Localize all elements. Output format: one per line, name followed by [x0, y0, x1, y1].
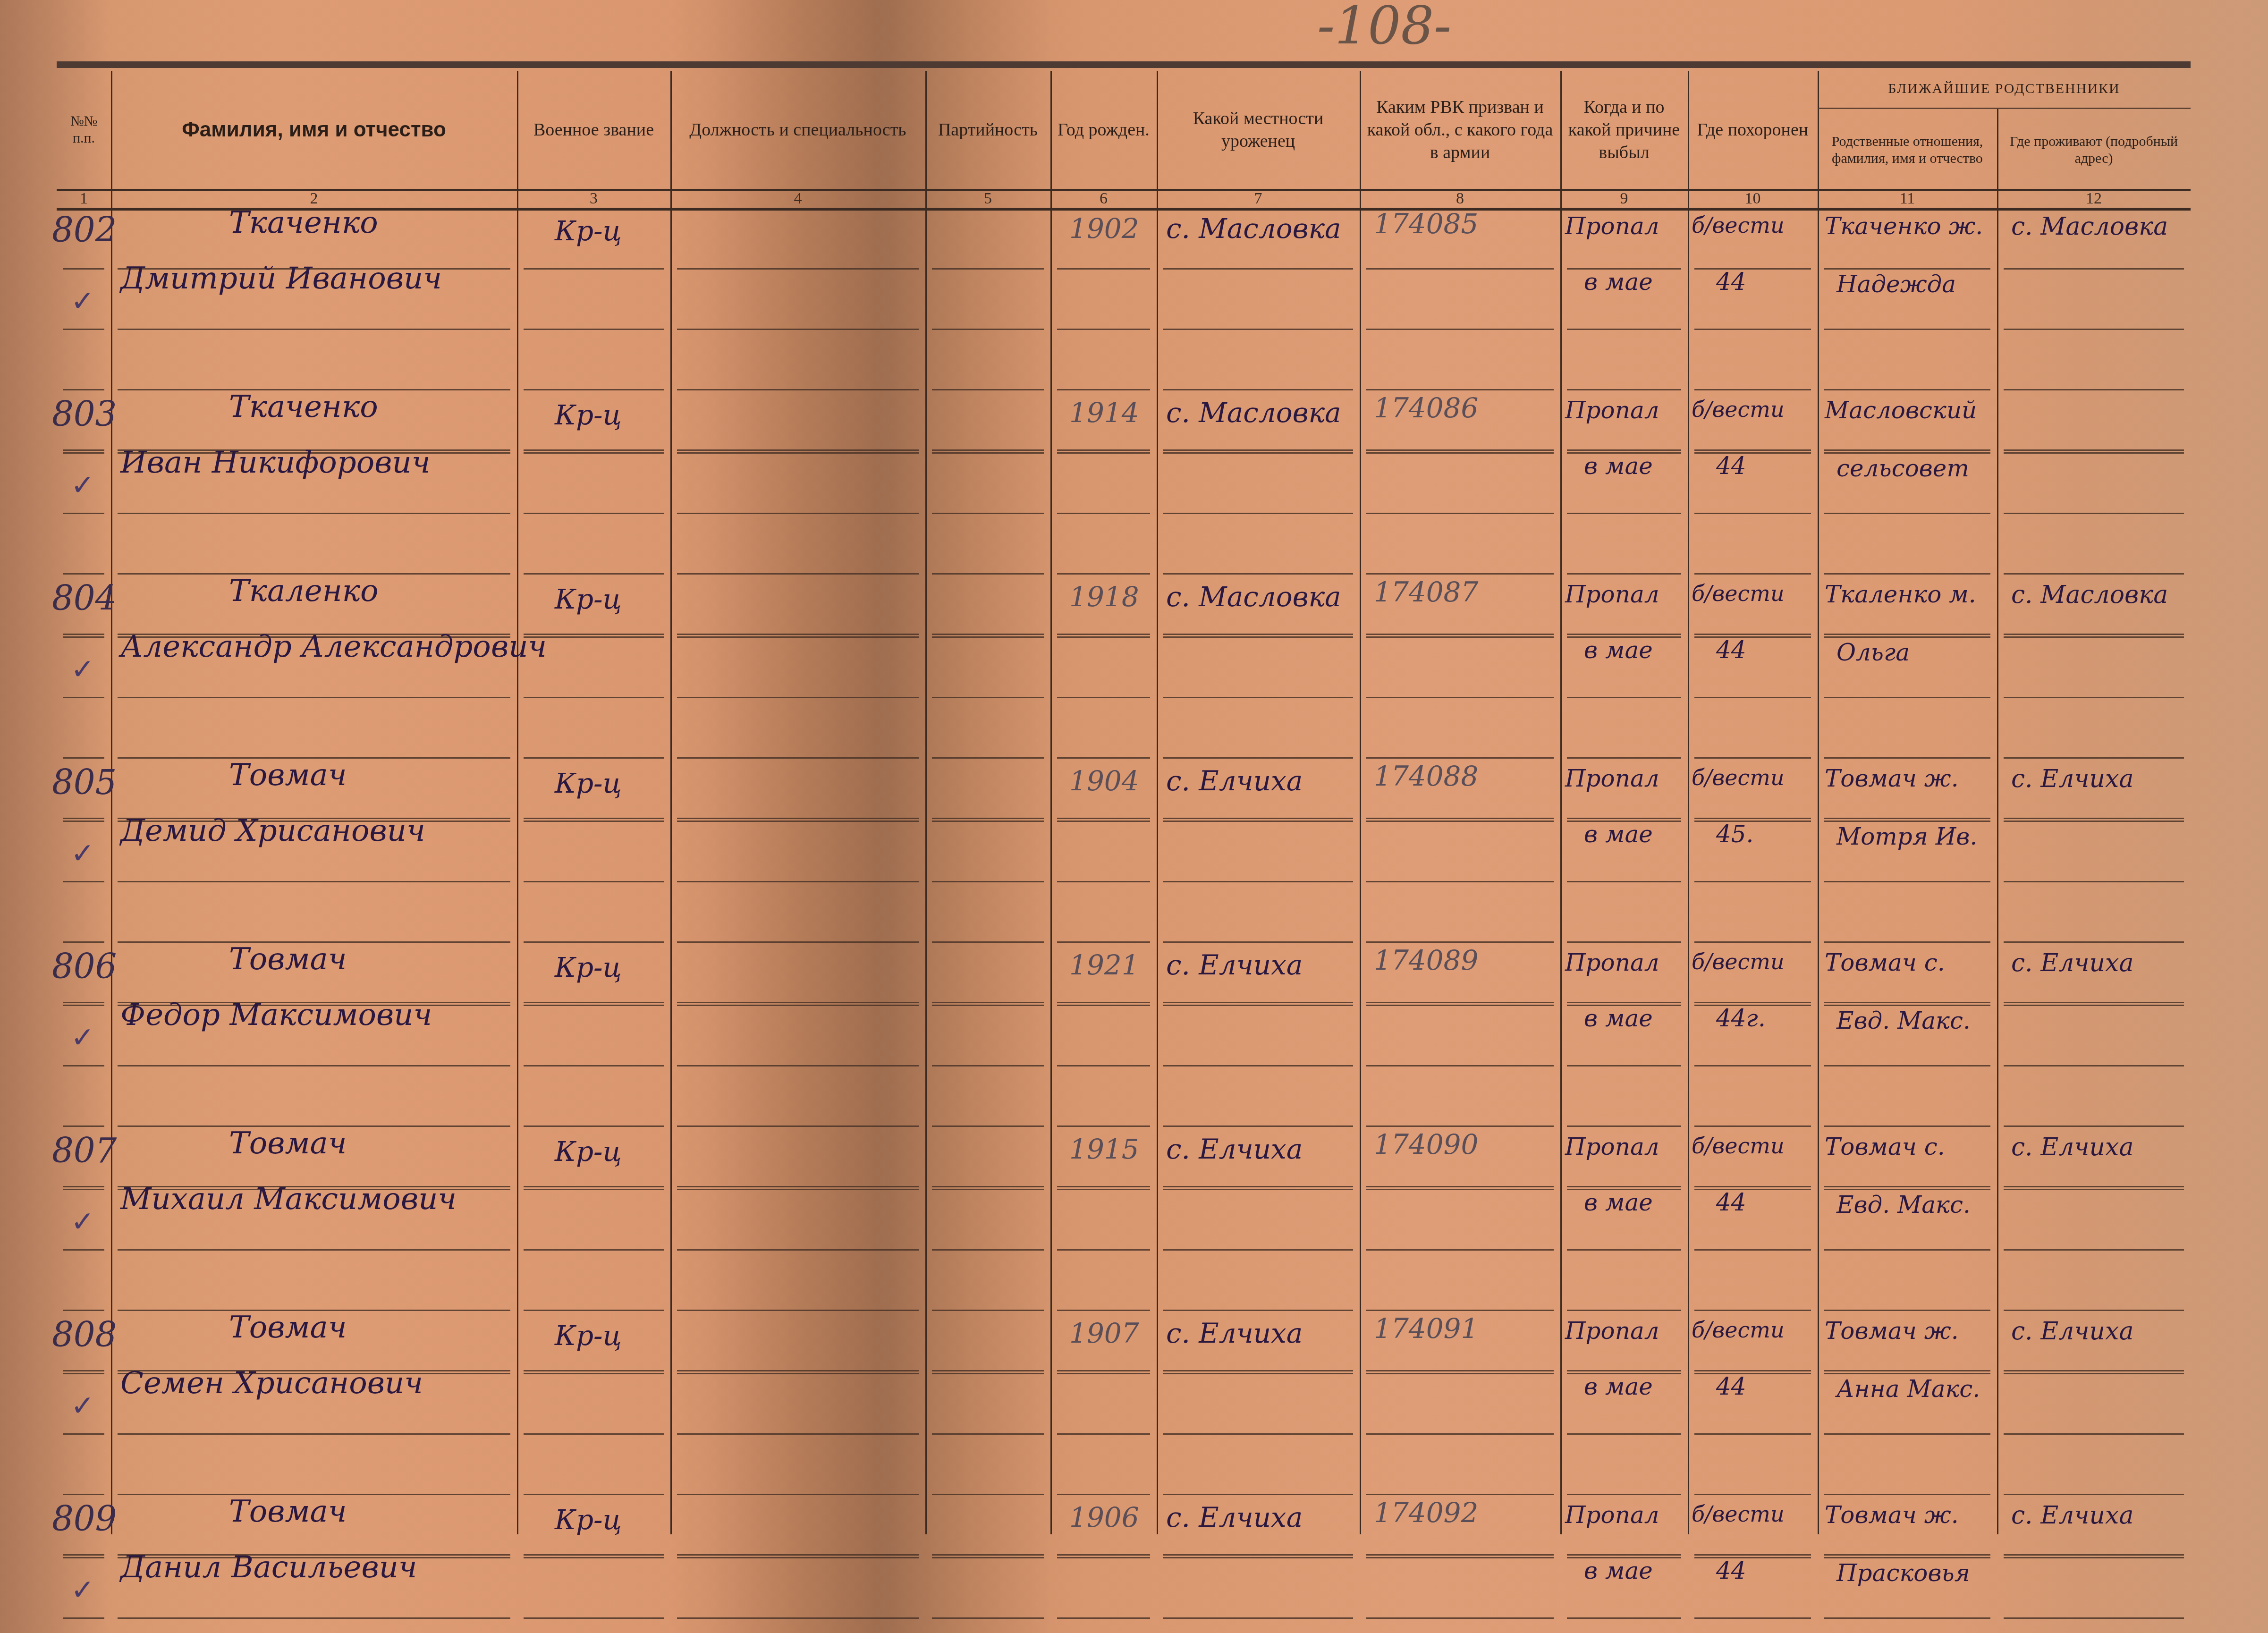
ruled-line — [63, 329, 104, 330]
ruled-line — [1366, 268, 1554, 270]
ruled-line — [63, 1189, 104, 1190]
ruled-line — [1366, 697, 1554, 698]
ruled-line — [1366, 818, 1554, 819]
ruled-line — [1163, 452, 1353, 454]
ruled-line — [1824, 1373, 1990, 1374]
rvk-number: 174085 — [1374, 208, 1478, 240]
ruled-line — [1824, 818, 1990, 819]
disappearance-status: Пропал — [1565, 1501, 1659, 1529]
ruled-line — [1163, 1005, 1353, 1006]
ruled-line — [2004, 1310, 2184, 1311]
column-divider — [1360, 71, 1361, 1534]
burial-status: б/вести — [1692, 1501, 1785, 1527]
ruled-line — [1163, 513, 1353, 514]
ruled-line — [1824, 1370, 1990, 1371]
ruled-line — [524, 573, 664, 575]
relative-address: с. Елчиха — [2011, 1501, 2133, 1530]
ruled-line — [118, 1433, 510, 1435]
ruled-line — [1163, 1065, 1353, 1066]
ruled-line — [1057, 449, 1150, 451]
burial-year: 44 — [1716, 452, 1746, 480]
ruled-line — [1366, 1065, 1554, 1066]
given-name-patronymic: Александр Александрович — [120, 629, 547, 664]
ruled-line — [677, 1373, 919, 1374]
ruled-line — [1057, 1186, 1150, 1187]
ruled-line — [677, 941, 919, 943]
ruled-line — [1824, 941, 1990, 943]
burial-year: 44 — [1716, 1557, 1746, 1584]
ruled-line — [677, 1002, 919, 1003]
ruled-line — [118, 1249, 510, 1251]
ruled-line — [524, 329, 664, 330]
given-name-patronymic: Демид Хрисанович — [120, 813, 425, 848]
ruled-line — [1824, 1065, 1990, 1066]
column-header-12: Где проживают (подробный адрес) — [2000, 111, 2188, 189]
ruled-line — [118, 881, 510, 882]
ruled-line — [63, 513, 104, 514]
military-rank: Кр-ц — [555, 767, 622, 799]
surname: Товмач — [229, 1310, 347, 1345]
column-divider — [1997, 109, 1998, 1534]
ruled-line — [932, 1186, 1044, 1187]
ruled-line — [932, 1249, 1044, 1251]
ruled-line — [1366, 1002, 1554, 1003]
ruled-line — [63, 1065, 104, 1066]
ruled-line — [1057, 757, 1150, 759]
ruled-line — [1567, 697, 1681, 698]
ruled-line — [2004, 513, 2184, 514]
ruled-line — [1694, 329, 1811, 330]
ruled-line — [1824, 389, 1990, 390]
ruled-line — [1366, 757, 1554, 759]
ruled-line — [2004, 881, 2184, 882]
ruled-line — [1366, 1189, 1554, 1190]
surname: Товмач — [229, 1126, 347, 1161]
ruled-line — [524, 1249, 664, 1251]
relative-first-name: Надежда — [1836, 271, 1956, 298]
column-number: 8 — [1360, 190, 1560, 208]
ruled-line — [1694, 1554, 1811, 1556]
ruled-line — [1824, 1249, 1990, 1251]
ruled-line — [1163, 1617, 1353, 1619]
rvk-number: 174089 — [1374, 944, 1478, 976]
relative-first-name: Евд. Макс. — [1836, 1007, 1971, 1034]
ruled-line — [524, 1557, 664, 1558]
disappearance-status: Пропал — [1565, 212, 1659, 240]
ruled-line — [63, 636, 104, 638]
ruled-line — [1057, 513, 1150, 514]
ruled-line — [2004, 941, 2184, 943]
ruled-line — [2004, 818, 2184, 819]
ruled-line — [1824, 1310, 1990, 1311]
ruled-line — [524, 1186, 664, 1187]
ruled-line — [1694, 634, 1811, 635]
ruled-line — [2004, 389, 2184, 390]
ruled-line — [1366, 329, 1554, 330]
ruled-line — [63, 821, 104, 822]
ruled-line — [1057, 1554, 1150, 1556]
ruled-line — [932, 1554, 1044, 1556]
military-rank: Кр-ц — [555, 399, 622, 431]
ruled-line — [1163, 1557, 1353, 1558]
ruled-line — [1694, 1002, 1811, 1003]
entry-number: 804 — [52, 578, 117, 618]
ruled-line — [1057, 1189, 1150, 1190]
ruled-line — [1057, 1370, 1150, 1371]
ruled-line — [932, 818, 1044, 819]
ruled-line — [1694, 1370, 1811, 1371]
ruled-line — [1163, 1373, 1353, 1374]
ruled-line — [677, 1005, 919, 1006]
relative-first-name: Анна Макс. — [1836, 1375, 1980, 1403]
birth-year: 1906 — [1069, 1501, 1139, 1533]
ruled-line — [1163, 1370, 1353, 1371]
given-name-patronymic: Федор Максимович — [120, 998, 432, 1032]
ruled-line — [1694, 452, 1811, 454]
ruled-line — [1366, 821, 1554, 822]
column-divider — [517, 71, 518, 1534]
column-header-9: Когда и по какой причине выбыл — [1563, 71, 1685, 189]
ruled-line — [118, 329, 510, 330]
ruled-line — [63, 389, 104, 390]
disappearance-status: Пропал — [1565, 949, 1659, 976]
ruled-line — [1057, 268, 1150, 270]
ruled-line — [932, 513, 1044, 514]
ruled-line — [1694, 449, 1811, 451]
ruled-line — [524, 1494, 664, 1495]
given-name-patronymic: Дмитрий Иванович — [120, 261, 442, 296]
ruled-line — [63, 1433, 104, 1435]
ruled-line — [1567, 634, 1681, 635]
relatives-group-header: БЛИЖАЙШИЕ РОДСТВЕННИКИ — [1818, 71, 2191, 106]
ruled-line — [932, 941, 1044, 943]
ruled-line — [1567, 941, 1681, 943]
ruled-line — [63, 1617, 104, 1619]
ruled-line — [1824, 1125, 1990, 1127]
ruled-line — [524, 821, 664, 822]
ruled-line — [1366, 881, 1554, 882]
military-rank: Кр-ц — [555, 215, 622, 247]
ruled-line — [2004, 1370, 2184, 1371]
ruled-line — [118, 513, 510, 514]
relative-name: Товмач с. — [1825, 1133, 1945, 1160]
ruled-line — [524, 1002, 664, 1003]
ruled-line — [932, 1370, 1044, 1371]
ruled-line — [1567, 1065, 1681, 1066]
ruled-line — [1366, 1370, 1554, 1371]
ruled-line — [1366, 1557, 1554, 1558]
check-mark: ✓ — [71, 1574, 94, 1607]
ruled-line — [1057, 818, 1150, 819]
ruled-line — [524, 1310, 664, 1311]
ruled-line — [1694, 697, 1811, 698]
ruled-line — [1057, 697, 1150, 698]
ruled-line — [63, 449, 104, 451]
ruled-line — [1163, 449, 1353, 451]
ruled-line — [1163, 634, 1353, 635]
column-header-7: Какой местности уроженец — [1159, 71, 1357, 189]
ruled-line — [1163, 1494, 1353, 1495]
ruled-line — [1366, 1310, 1554, 1311]
ruled-line — [1824, 881, 1990, 882]
given-name-patronymic: Михаил Максимович — [120, 1182, 457, 1217]
ruled-line — [677, 449, 919, 451]
ruled-line — [932, 1002, 1044, 1003]
ruled-line — [1824, 1433, 1990, 1435]
disappearance-month: в мае — [1584, 1189, 1653, 1216]
ruled-line — [2004, 1249, 2184, 1251]
ruled-line — [1824, 1557, 1990, 1558]
ruled-line — [677, 821, 919, 822]
ruled-line — [2004, 1617, 2184, 1619]
ruled-line — [1163, 757, 1353, 759]
burial-year: 44 — [1716, 1373, 1746, 1400]
ruled-line — [1057, 1125, 1150, 1127]
disappearance-month: в мае — [1584, 1373, 1653, 1400]
ruled-line — [524, 1433, 664, 1435]
ruled-line — [1366, 636, 1554, 638]
ruled-line — [1824, 329, 1990, 330]
birthplace: с. Масловка — [1166, 581, 1341, 613]
column-divider — [670, 71, 672, 1534]
column-divider — [1050, 71, 1052, 1534]
column-header-6: Год рожден. — [1053, 71, 1154, 189]
birthplace: с. Масловка — [1166, 212, 1341, 245]
ruled-line — [1694, 268, 1811, 270]
ruled-line — [677, 1617, 919, 1619]
ruled-line — [1366, 1617, 1554, 1619]
ruled-line — [1567, 1617, 1681, 1619]
relative-name: Ткаченко ж. — [1825, 212, 1983, 240]
relative-first-name: Ольга — [1836, 639, 1910, 666]
ruled-line — [1366, 1433, 1554, 1435]
ruled-line — [932, 329, 1044, 330]
ruled-line — [63, 818, 104, 819]
ruled-line — [1366, 1249, 1554, 1251]
birthplace: с. Масловка — [1166, 397, 1341, 429]
ruled-line — [932, 821, 1044, 822]
ruled-line — [1694, 1494, 1811, 1495]
column-number: 11 — [1818, 190, 1997, 208]
ruled-line — [63, 1125, 104, 1127]
burial-status: б/вести — [1692, 397, 1785, 422]
relative-name: Товмач ж. — [1825, 1501, 1959, 1529]
ruled-line — [1057, 1065, 1150, 1066]
entry-number: 808 — [52, 1315, 117, 1354]
birth-year: 1915 — [1069, 1133, 1139, 1165]
check-mark: ✓ — [71, 469, 94, 502]
ruled-line — [1567, 1249, 1681, 1251]
given-name-patronymic: Семен Хрисанович — [120, 1366, 423, 1401]
ruled-line — [1366, 449, 1554, 451]
column-header-2: Фамилия, имя и отчество — [114, 71, 514, 189]
rvk-number: 174090 — [1374, 1128, 1478, 1160]
ruled-line — [1366, 941, 1554, 943]
column-number: 6 — [1050, 190, 1157, 208]
column-divider — [1560, 71, 1562, 1534]
column-divider — [925, 71, 927, 1534]
column-divider — [1688, 71, 1689, 1534]
ruled-line — [2004, 1005, 2184, 1006]
ruled-line — [1694, 1249, 1811, 1251]
relative-name: Товмач ж. — [1825, 1317, 1959, 1345]
column-number: 5 — [925, 190, 1050, 208]
ruled-line — [63, 268, 104, 270]
ruled-line — [1824, 449, 1990, 451]
ruled-line — [1694, 1065, 1811, 1066]
column-header-10: Где похоронен — [1691, 71, 1815, 189]
ruled-line — [677, 1065, 919, 1066]
surname: Ткаченко — [229, 389, 378, 424]
ruled-line — [1057, 1557, 1150, 1558]
ruled-line — [1057, 1310, 1150, 1311]
ruled-line — [63, 1554, 104, 1556]
ruled-line — [2004, 757, 2184, 759]
ruled-line — [524, 389, 664, 390]
ruled-line — [1567, 1125, 1681, 1127]
column-divider — [1818, 71, 1819, 1534]
ruled-line — [524, 757, 664, 759]
ruled-line — [677, 513, 919, 514]
ruled-line — [1824, 1554, 1990, 1556]
ruled-line — [1163, 697, 1353, 698]
ruled-line — [1694, 513, 1811, 514]
ruled-line — [1824, 1189, 1990, 1190]
ruled-line — [677, 634, 919, 635]
ruled-line — [2004, 449, 2184, 451]
relative-address: с. Елчиха — [2011, 1133, 2133, 1161]
entry-number: 807 — [52, 1131, 117, 1170]
ruled-line — [1366, 1005, 1554, 1006]
ruled-line — [932, 1310, 1044, 1311]
ruled-line — [1567, 881, 1681, 882]
ruled-line — [1366, 1125, 1554, 1127]
ruled-line — [524, 818, 664, 819]
ruled-line — [677, 818, 919, 819]
relative-first-name: сельсовет — [1836, 455, 1969, 482]
ruled-line — [677, 1186, 919, 1187]
ruled-line — [1567, 818, 1681, 819]
ruled-line — [63, 881, 104, 882]
birth-year: 1902 — [1069, 212, 1139, 245]
burial-status: б/вести — [1692, 1317, 1785, 1343]
disappearance-month: в мае — [1584, 268, 1653, 296]
ruled-line — [1567, 1186, 1681, 1187]
ruled-line — [63, 1373, 104, 1374]
burial-status: б/вести — [1692, 581, 1785, 606]
column-header-4: Должность и специальность — [673, 71, 922, 189]
page-number: -108- — [1317, 0, 1451, 56]
ruled-line — [1694, 881, 1811, 882]
ruled-line — [1824, 268, 1990, 270]
ruled-line — [1694, 818, 1811, 819]
ruled-line — [63, 634, 104, 635]
ruled-line — [2004, 573, 2184, 575]
ruled-line — [1567, 329, 1681, 330]
ruled-line — [1163, 1186, 1353, 1187]
birthplace: с. Елчиха — [1166, 1133, 1303, 1165]
disappearance-status: Пропал — [1565, 581, 1659, 608]
ruled-line — [1824, 1005, 1990, 1006]
ruled-line — [1824, 1002, 1990, 1003]
burial-status: б/вести — [1692, 765, 1785, 790]
military-rank: Кр-ц — [555, 1135, 622, 1168]
ruled-line — [524, 941, 664, 943]
ruled-line — [677, 1189, 919, 1190]
ruled-line — [524, 697, 664, 698]
ruled-line — [932, 1617, 1044, 1619]
ruled-line — [63, 1249, 104, 1251]
disappearance-status: Пропал — [1565, 1317, 1659, 1345]
ruled-line — [2004, 1373, 2184, 1374]
birth-year: 1918 — [1069, 581, 1139, 613]
ruled-line — [63, 1494, 104, 1495]
relative-name: Ткаленко м. — [1825, 581, 1976, 608]
disappearance-status: Пропал — [1565, 397, 1659, 424]
ruled-line — [1567, 389, 1681, 390]
ruled-line — [524, 1065, 664, 1066]
rvk-number: 174087 — [1374, 576, 1478, 608]
ruled-line — [524, 1005, 664, 1006]
ruled-line — [1694, 757, 1811, 759]
ruled-line — [118, 697, 510, 698]
relative-address: с. Елчиха — [2011, 1317, 2133, 1345]
ruled-line — [524, 1554, 664, 1556]
ruled-line — [1824, 513, 1990, 514]
ruled-line — [677, 1125, 919, 1127]
ruled-line — [932, 1557, 1044, 1558]
ruled-line — [1163, 389, 1353, 390]
ruled-line — [1057, 573, 1150, 575]
check-mark: ✓ — [71, 1389, 94, 1422]
ruled-line — [932, 1373, 1044, 1374]
birthplace: с. Елчиха — [1166, 765, 1303, 797]
ruled-line — [524, 1125, 664, 1127]
disappearance-month: в мае — [1584, 452, 1653, 480]
ruled-line — [1567, 1494, 1681, 1495]
ruled-line — [1567, 1002, 1681, 1003]
ruled-line — [1366, 634, 1554, 635]
ruled-line — [677, 573, 919, 575]
ruled-line — [1567, 449, 1681, 451]
burial-status: б/вести — [1692, 212, 1785, 238]
ruled-line — [677, 1370, 919, 1371]
ruled-line — [2004, 821, 2184, 822]
relative-name: Товмач с. — [1825, 949, 1945, 976]
ruled-line — [1163, 1554, 1353, 1556]
ruled-line — [524, 1189, 664, 1190]
ruled-line — [1163, 941, 1353, 943]
ruled-line — [63, 1310, 104, 1311]
column-header-11: Родственные отношения, фамилия, имя и от… — [1820, 111, 1994, 189]
ruled-line — [524, 449, 664, 451]
ruled-line — [1163, 881, 1353, 882]
ruled-line — [1366, 1373, 1554, 1374]
relative-address: с. Елчиха — [2011, 765, 2133, 793]
ruled-line — [1366, 1494, 1554, 1495]
ruled-line — [677, 757, 919, 759]
rvk-number: 174086 — [1374, 392, 1478, 424]
ruled-line — [1694, 1373, 1811, 1374]
column-number: 9 — [1560, 190, 1688, 208]
ruled-line — [1567, 1370, 1681, 1371]
ruled-line — [1057, 1005, 1150, 1006]
ruled-line — [1057, 881, 1150, 882]
column-header-3: Военное звание — [520, 71, 668, 189]
ruled-line — [118, 1617, 510, 1619]
entry-number: 803 — [52, 394, 117, 434]
ruled-line — [1163, 1125, 1353, 1127]
